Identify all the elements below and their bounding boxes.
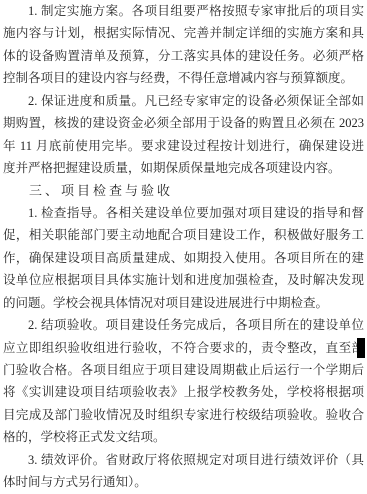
text-line[interactable]: 目完成及部门验收情况及时组织专家进行校级结项验收。验收合: [3, 404, 364, 426]
text-line-content: 应立即组织验收组进行验收，不符合要求的，责令整改，直至部: [3, 341, 364, 355]
text-line[interactable]: 控制各项目的建设内容与经费，不得任意增减内容与预算额度。: [3, 67, 364, 89]
text-line-content: 作，确保建设项目高质量建成、如期投入使用。各项目所在的建: [3, 251, 364, 265]
text-line-content: 1. 制定实施方案。各项目组要严格按照专家审批后的项目实: [28, 4, 364, 18]
text-line-content: 门验收合格。各项目组应于项目建设周期截止后运行一个学期后: [3, 363, 364, 377]
text-line[interactable]: 设单位应根据项目具体实施计划和进度加强检查，及时解决发现: [3, 269, 364, 291]
text-line-content: 施内容与计划，根据实际情况、完善并制定详细的实施方案和具: [3, 26, 364, 40]
text-line-content: 促，相关职能部门要主动地配合项目建设工作，积极做好服务工: [3, 228, 364, 242]
text-line[interactable]: 作，确保建设项目高质量建成、如期投入使用。各项目所在的建: [3, 247, 364, 269]
text-line[interactable]: 格的，学校将正式发文结项。: [3, 426, 364, 448]
text-cursor: [357, 338, 365, 358]
text-line-content: 体时间与方式另行通知）。: [3, 475, 147, 489]
text-line-content: 1. 检查指导。各相关建设单位要加强对项目建设的指导和督: [28, 206, 364, 220]
text-line[interactable]: 的问题。学校会视具体情况对项目建设进展进行中期检查。: [3, 292, 364, 314]
text-line[interactable]: 度并严格把握建设质量，如期保质保量地完成各项建设内容。: [3, 157, 364, 179]
text-line[interactable]: 2. 保证进度和质量。凡已经专家审定的设备必须保证全部如: [3, 90, 364, 112]
text-line-content: 的问题。学校会视具体情况对项目建设进展进行中期检查。: [3, 296, 328, 310]
text-line-content: 度并严格把握建设质量，如期保质保量地完成各项建设内容。: [3, 161, 341, 175]
text-line[interactable]: 3. 绩效评价。省财政厅将依照规定对项目进行绩效评价（具: [3, 449, 364, 471]
text-line-content: 控制各项目的建设内容与经费，不得任意增减内容与预算额度。: [3, 71, 353, 85]
text-line[interactable]: 施内容与计划，根据实际情况、完善并制定详细的实施方案和具: [3, 22, 364, 44]
text-line-content: 年 11 月底前使用完毕。要求建设过程按计划进行，确保建设进: [3, 139, 364, 153]
text-line-content: 3. 绩效评价。省财政厅将依照规定对项目进行绩效评价（具: [28, 453, 364, 467]
text-line-content: 格的，学校将正式发文结项。: [3, 430, 166, 444]
text-line-content: 体的设备购置清单及预算，分工落实具体的建设任务。必须严格: [3, 49, 364, 63]
text-line[interactable]: 1. 制定实施方案。各项目组要严格按照专家审批后的项目实: [3, 0, 364, 22]
text-line[interactable]: 1. 检查指导。各相关建设单位要加强对项目建设的指导和督: [3, 202, 364, 224]
text-line[interactable]: 体的设备购置清单及预算，分工落实具体的建设任务。必须严格: [3, 45, 364, 67]
text-line[interactable]: 期购置，核拨的建设资金必须全部用于设备的购置且必须在 2023: [3, 112, 364, 134]
text-line[interactable]: 体时间与方式另行通知）。: [3, 471, 364, 493]
document-page[interactable]: 1. 制定实施方案。各项目组要严格按照专家审批后的项目实 施内容与计划，根据实际…: [0, 0, 367, 494]
text-line-content: 将《实训建设项目结项验收表》上报学校教务处，学校将根据项: [3, 385, 364, 399]
text-line-content: 2. 结项验收。项目建设任务完成后，各项目所在的建设单位: [28, 318, 364, 332]
text-line[interactable]: 将《实训建设项目结项验收表》上报学校教务处，学校将根据项: [3, 381, 364, 403]
text-line[interactable]: 年 11 月底前使用完毕。要求建设过程按计划进行，确保建设进: [3, 135, 364, 157]
text-line[interactable]: 2. 结项验收。项目建设任务完成后，各项目所在的建设单位: [3, 314, 364, 336]
text-line[interactable]: 促，相关职能部门要主动地配合项目建设工作，积极做好服务工: [3, 224, 364, 246]
text-line[interactable]: 门验收合格。各项目组应于项目建设周期截止后运行一个学期后: [3, 359, 364, 381]
text-line-content: 目完成及部门验收情况及时组织专家进行校级结项验收。验收合: [3, 408, 364, 422]
text-line-content: 设单位应根据项目具体实施计划和进度加强检查，及时解决发现: [3, 273, 364, 287]
section-heading[interactable]: 三、项目检查与验收: [3, 180, 364, 202]
text-line[interactable]: 应立即组织验收组进行验收，不符合要求的，责令整改，直至部: [3, 337, 364, 359]
section-heading-text: 三、项目检查与验收: [29, 183, 173, 198]
text-line-content: 2. 保证进度和质量。凡已经专家审定的设备必须保证全部如: [28, 94, 364, 108]
text-line-content: 期购置，核拨的建设资金必须全部用于设备的购置且必须在 2023: [3, 116, 364, 130]
